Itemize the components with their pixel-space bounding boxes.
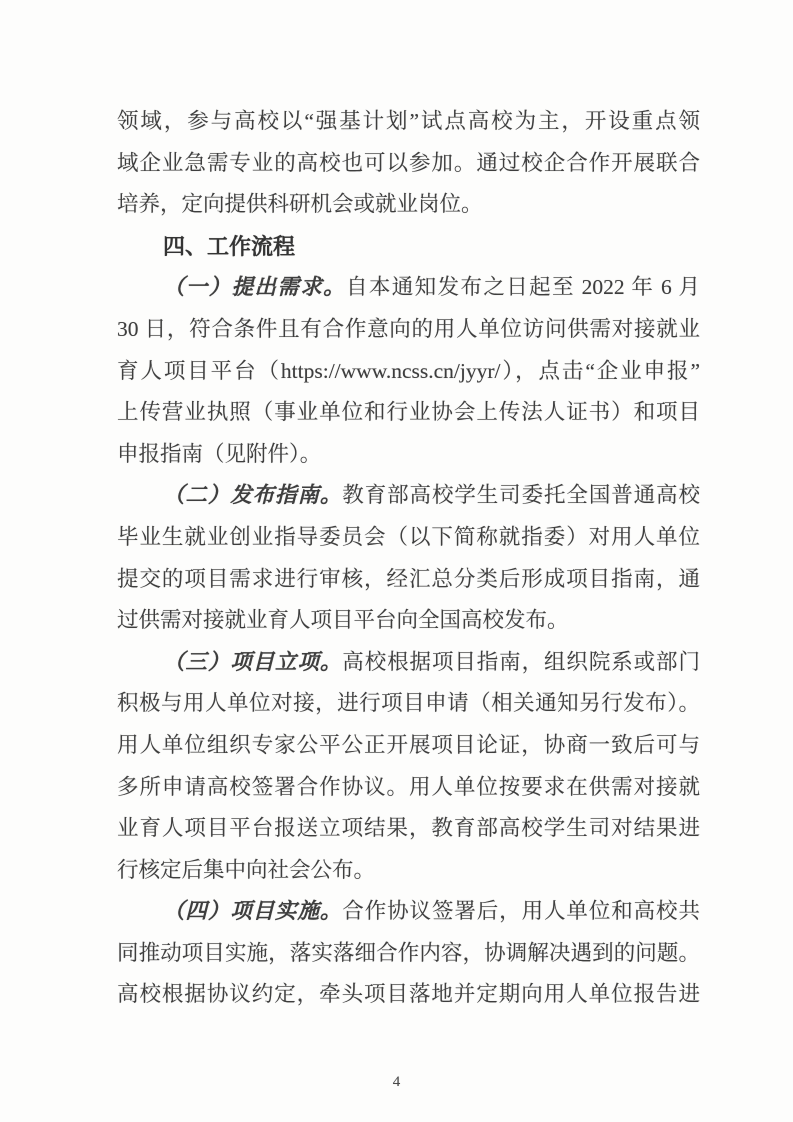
work-process-item-3: （三）项目立项。高校根据项目指南，组织院系或部门 积极与用人单位对接，进行项目申… — [117, 642, 700, 892]
page-number: 4 — [0, 1071, 793, 1093]
work-process-item-4: （四）项目实施。合作协议签署后，用人单位和高校共 同推动项目实施，落实落细合作内… — [117, 891, 700, 1016]
text-line: 行核定后集中向社会公布。 — [117, 850, 700, 892]
text-line: 多所申请高校签署合作协议。用人单位按要求在供需对接就 — [117, 767, 700, 809]
item-lead-label: （四）项目实施。 — [163, 899, 342, 923]
text-line: 提交的项目需求进行审核，经汇总分类后形成项目指南，通 — [117, 559, 700, 601]
text-line: 培养，定向提供科研机会或就业岗位。 — [117, 184, 700, 226]
text-line: （二）发布指南。教育部高校学生司委托全国普通高校 — [117, 475, 700, 517]
text-line: 同推动项目实施，落实落细合作内容，协调解决遇到的问题。 — [117, 933, 700, 975]
text-line: 域企业急需专业的高校也可以参加。通过校企合作开展联合 — [117, 143, 700, 185]
text-line: 业育人项目平台报送立项结果，教育部高校学生司对结果进 — [117, 808, 700, 850]
text-line: 上传营业执照（事业单位和行业协会上传法人证书）和项目 — [117, 392, 700, 434]
text-line: 毕业生就业创业指导委员会（以下简称就指委）对用人单位 — [117, 517, 700, 559]
text-line: （四）项目实施。合作协议签署后，用人单位和高校共 — [117, 891, 700, 933]
text-line: 用人单位组织专家公平公正开展项目论证，协商一致后可与 — [117, 725, 700, 767]
item-lead-label: （三）项目立项。 — [163, 650, 342, 674]
work-process-item-2: （二）发布指南。教育部高校学生司委托全国普通高校 毕业生就业创业指导委员会（以下… — [117, 475, 700, 641]
text-line: 积极与用人单位对接，进行项目申请（相关通知另行发布）。 — [117, 683, 700, 725]
text-line: （一）提出需求。自本通知发布之日起至 2022 年 6 月 — [117, 267, 700, 309]
text-line: 过供需对接就业育人项目平台向全国高校发布。 — [117, 600, 700, 642]
text-line-with-url: 育人项目平台（https://www.ncss.cn/jyyr/），点击“企业申… — [117, 351, 700, 393]
work-process-item-1: （一）提出需求。自本通知发布之日起至 2022 年 6 月 30 日，符合条件且… — [117, 267, 700, 475]
text-line: （三）项目立项。高校根据项目指南，组织院系或部门 — [117, 642, 700, 684]
item-lead-label: （一）提出需求。 — [163, 275, 346, 299]
text-line: 领域，参与高校以“强基计划”试点高校为主，开设重点领 — [117, 101, 700, 143]
item-lead-rest: 自本通知发布之日起至 2022 年 6 月 — [346, 275, 700, 299]
item-lead-rest: 合作协议签署后，用人单位和高校共 — [342, 899, 700, 923]
document-page: 领域，参与高校以“强基计划”试点高校为主，开设重点领 域企业急需专业的高校也可以… — [0, 0, 793, 1122]
item-lead-rest: 高校根据项目指南，组织院系或部门 — [342, 650, 700, 674]
text-line: 高校根据协议约定，牵头项目落地并定期向用人单位报告进 — [117, 974, 700, 1016]
paragraph-intro-continuation: 领域，参与高校以“强基计划”试点高校为主，开设重点领 域企业急需专业的高校也可以… — [117, 101, 700, 226]
text-line: 30 日，符合条件且有合作意向的用人单位访问供需对接就业 — [117, 309, 700, 351]
section-heading: 四、工作流程 — [117, 226, 700, 268]
text-line: 申报指南（见附件）。 — [117, 434, 700, 476]
document-body: 领域，参与高校以“强基计划”试点高校为主，开设重点领 域企业急需专业的高校也可以… — [117, 101, 700, 1016]
item-lead-label: （二）发布指南。 — [163, 483, 342, 507]
item-lead-rest: 教育部高校学生司委托全国普通高校 — [342, 483, 700, 507]
